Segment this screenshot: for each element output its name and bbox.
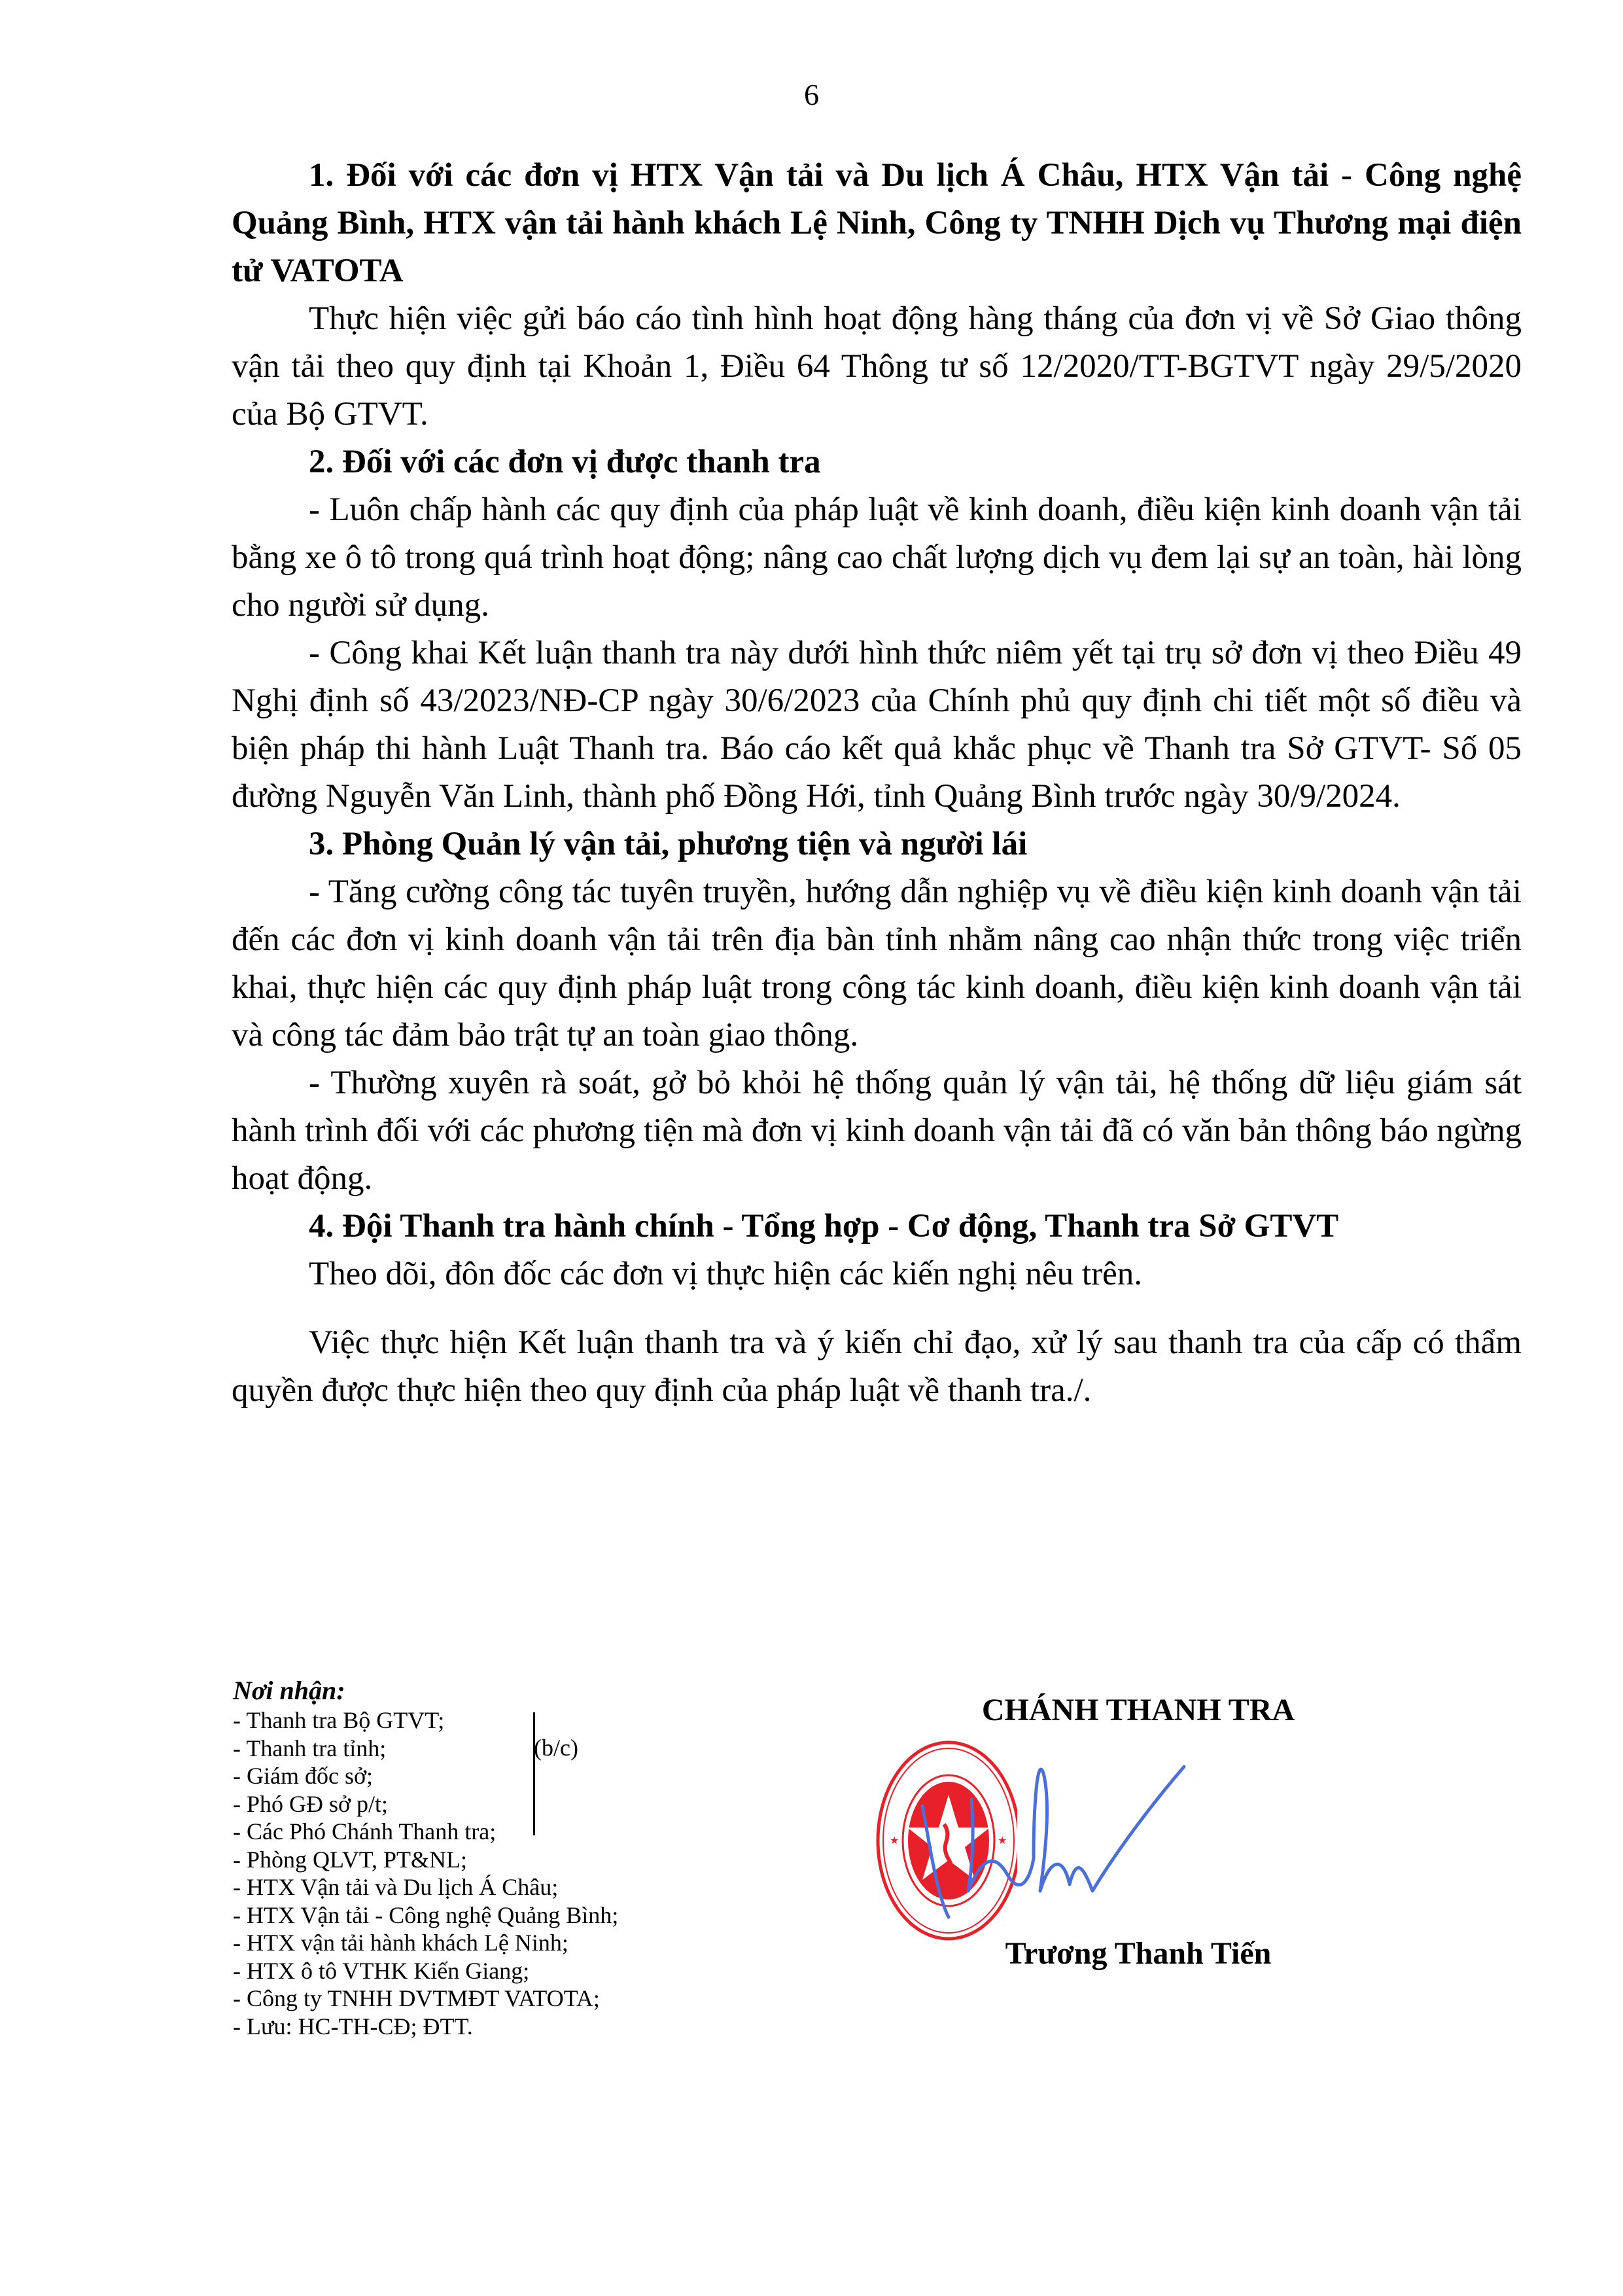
recipient-item: - Công ty TNHH DVTMĐT VATOTA; (233, 1985, 618, 2013)
recipient-item: - HTX vận tải hành khách Lệ Ninh; (233, 1929, 618, 1957)
section-4-paragraph-1: Theo dõi, đôn đốc các đơn vị thực hiện c… (232, 1250, 1522, 1298)
handwritten-signature-icon (909, 1760, 1223, 1924)
section-2-heading: 2. Đối với các đơn vị được thanh tra (232, 438, 1522, 486)
recipient-item: - Lưu: HC-TH-CĐ; ĐTT. (233, 2013, 618, 2041)
recipient-item: - HTX ô tô VTHK Kiến Giang; (233, 1957, 618, 1985)
signature-block: CHÁNH THANH TRA Trương Thanh Tiến (844, 1675, 1433, 1728)
bracket-label: (b/c) (534, 1734, 578, 1762)
recipient-item: - Phó GĐ sở p/t; (233, 1790, 618, 1818)
recipient-item: - HTX Vận tải và Du lịch Á Châu; (233, 1873, 618, 1901)
svg-text:★: ★ (890, 1834, 899, 1846)
recipient-item: - Các Phó Chánh Thanh tra; (233, 1818, 618, 1846)
closing-paragraph: Việc thực hiện Kết luận thanh tra và ý k… (232, 1319, 1522, 1415)
spacer (232, 1298, 1522, 1319)
section-3-heading: 3. Phòng Quản lý vận tải, phương tiện và… (232, 821, 1522, 868)
section-1-paragraph-1: Thực hiện việc gửi báo cáo tình hình hoạ… (232, 295, 1522, 438)
recipients-title: Nơi nhận: (233, 1675, 618, 1706)
document-body: 1. Đối với các đơn vị HTX Vận tải và Du … (232, 152, 1522, 1415)
section-1-heading: 1. Đối với các đơn vị HTX Vận tải và Du … (232, 152, 1522, 295)
bracket-divider (533, 1712, 535, 1835)
section-3-paragraph-1: - Tăng cường công tác tuyên truyền, hướn… (232, 868, 1522, 1059)
recipient-item: - HTX Vận tải - Công nghệ Quảng Bình; (233, 1901, 618, 1930)
section-2-paragraph-2: - Công khai Kết luận thanh tra này dưới … (232, 629, 1522, 821)
recipients-block: Nơi nhận: - Thanh tra Bộ GTVT; - Thanh t… (233, 1675, 618, 2040)
section-4-heading: 4. Đội Thanh tra hành chính - Tổng hợp -… (232, 1203, 1522, 1250)
signer-role: CHÁNH THANH TRA (844, 1692, 1433, 1728)
recipient-item: - Giám đốc sở; (233, 1762, 618, 1790)
section-3-paragraph-2: - Thường xuyên rà soát, gở bỏ khỏi hệ th… (232, 1059, 1522, 1203)
recipient-item: - Phòng QLVT, PT&NL; (233, 1846, 618, 1874)
recipient-item: - Thanh tra Bộ GTVT; (233, 1706, 618, 1735)
section-2-paragraph-1: - Luôn chấp hành các quy định của pháp l… (232, 486, 1522, 629)
page-number: 6 (0, 77, 1623, 112)
